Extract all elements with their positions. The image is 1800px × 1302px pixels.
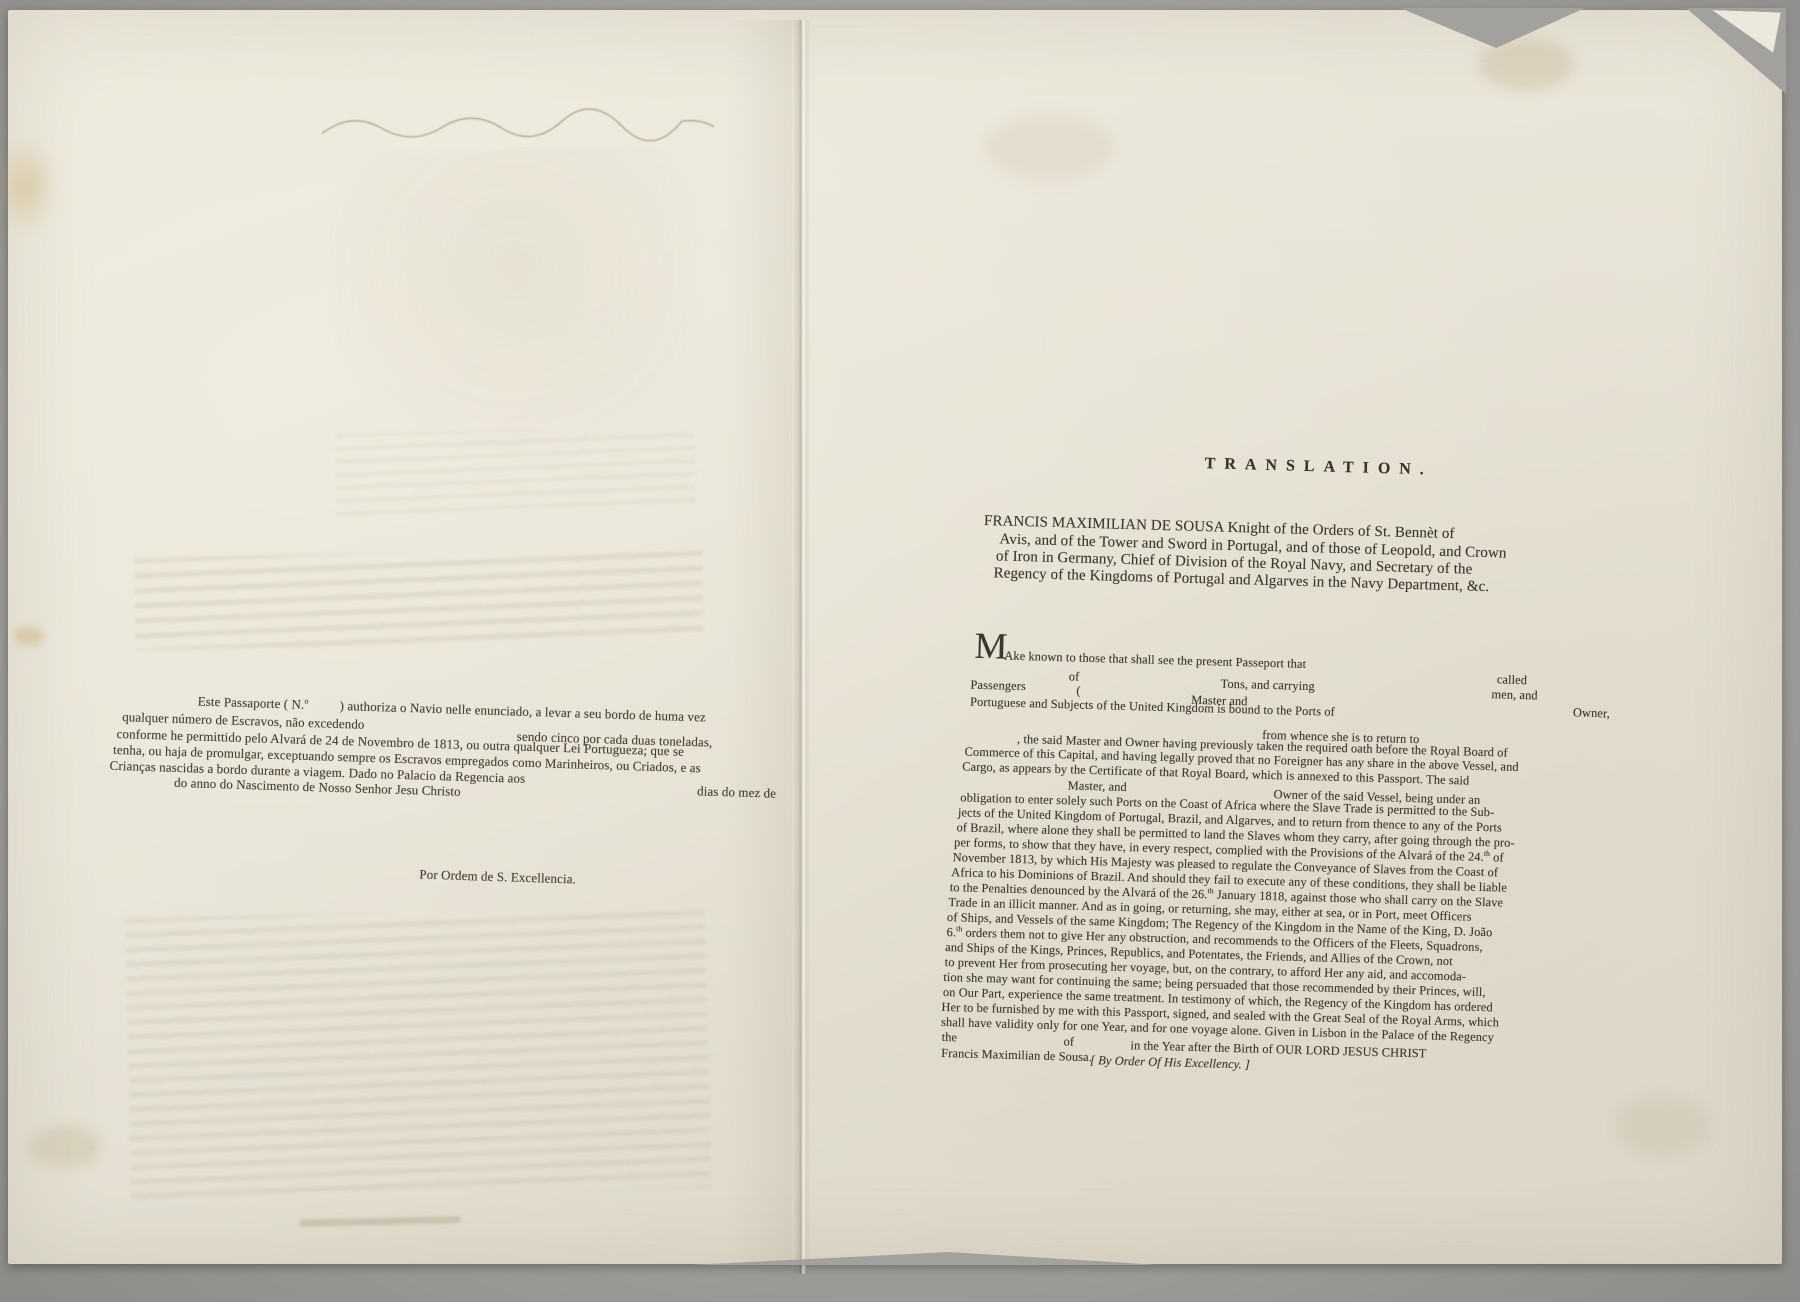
text-fragment: the bbox=[941, 1031, 957, 1045]
text-fragment: called bbox=[1497, 673, 1528, 688]
text-fragment: men, and bbox=[1491, 688, 1538, 703]
translation-body-text: MAke known to those that shall see the p… bbox=[937, 632, 1660, 1112]
text-fragment: of bbox=[1069, 670, 1080, 684]
text-fragment: Passengers bbox=[970, 679, 1026, 694]
text-fragment: [ By Order Of His Excellency. ] bbox=[1090, 1054, 1250, 1072]
show-through-engraving bbox=[327, 146, 704, 454]
text-fragment: dias do mez de bbox=[697, 784, 776, 801]
paper-stain bbox=[14, 626, 44, 646]
center-fold-crease bbox=[791, 20, 811, 1274]
show-through-wavy-rule bbox=[318, 95, 719, 158]
portuguese-form-text: Este Passaporte ( N.o) authoriza o Navio… bbox=[110, 692, 808, 974]
fold-shadow bbox=[726, 20, 792, 1274]
text-fragment: M bbox=[974, 633, 1008, 663]
paper-stain bbox=[28, 1126, 102, 1168]
text-fragment: Este Passaporte ( N.o bbox=[198, 695, 309, 713]
text-fragment: of bbox=[1063, 1035, 1074, 1049]
translation-heading-block: TRANSLATION. FRANCIS MAXIMILIAN DE SOUSA… bbox=[946, 450, 1660, 630]
text-fragment: Tons, and carrying bbox=[1220, 678, 1315, 695]
paper-stain bbox=[985, 115, 1115, 179]
text-fragment: ( bbox=[1076, 685, 1081, 699]
show-through-text-block bbox=[334, 426, 696, 518]
text-fragment: Ake known to those that shall see the pr… bbox=[1004, 650, 1306, 672]
text-fragment: Owner, bbox=[1573, 706, 1610, 721]
text-fragment: Francis Maximilian de Sousa. bbox=[941, 1047, 1092, 1065]
photograph-background: Este Passaporte ( N.o) authoriza o Navio… bbox=[0, 0, 1800, 1302]
text-fragment: Por Ordem de S. Excellencia. bbox=[419, 868, 576, 887]
text-fragment: Portuguese and Subjects of the United Ki… bbox=[970, 696, 1335, 720]
text-fragment: Master, and bbox=[1068, 779, 1127, 795]
show-through-text-block bbox=[134, 546, 704, 651]
